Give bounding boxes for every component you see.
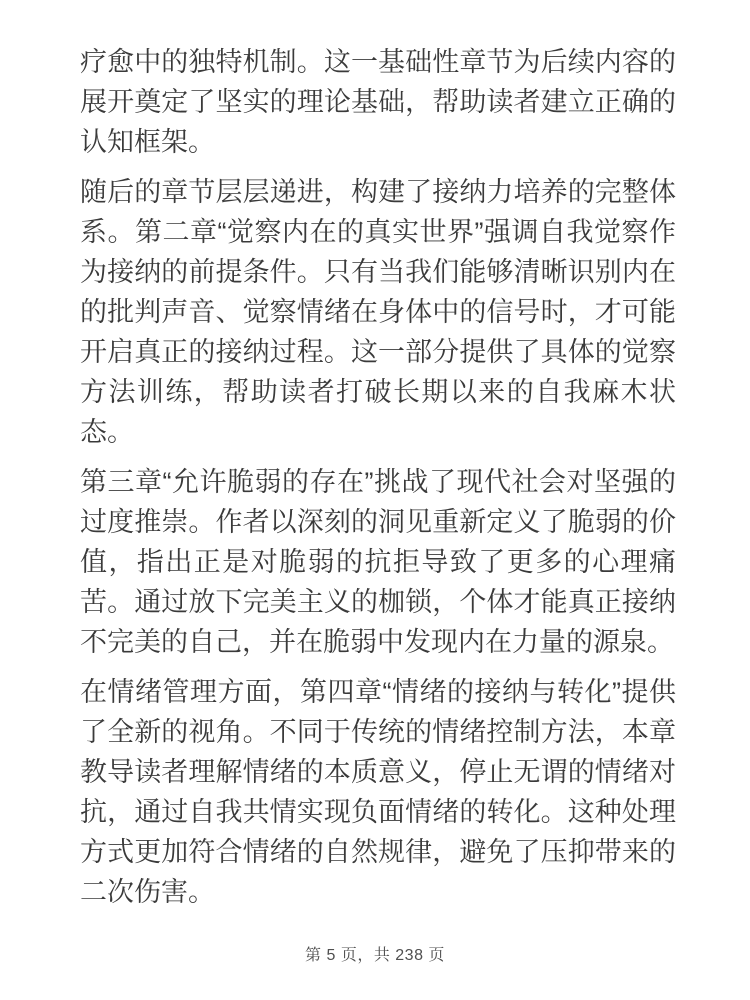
paragraph-1: 疗愈中的独特机制。这一基础性章节为后续内容的展开奠定了坚实的理论基础，帮助读者建… xyxy=(80,42,676,162)
page-number-indicator: 第 5 页，共 238 页 xyxy=(305,947,445,964)
paragraph-4: 在情绪管理方面，第四章“情绪的接纳与转化”提供了全新的视角。不同于传统的情绪控制… xyxy=(80,672,676,912)
page-footer: 第 5 页，共 238 页 xyxy=(0,946,750,966)
paragraph-3: 第三章“允许脆弱的存在”挑战了现代社会对坚强的过度推崇。作者以深刻的洞见重新定义… xyxy=(80,462,676,662)
page-content: 疗愈中的独特机制。这一基础性章节为后续内容的展开奠定了坚实的理论基础，帮助读者建… xyxy=(80,42,676,922)
paragraph-2: 随后的章节层层递进，构建了接纳力培养的完整体系。第二章“觉察内在的真实世界”强调… xyxy=(80,172,676,452)
document-page: 疗愈中的独特机制。这一基础性章节为后续内容的展开奠定了坚实的理论基础，帮助读者建… xyxy=(0,0,750,1000)
